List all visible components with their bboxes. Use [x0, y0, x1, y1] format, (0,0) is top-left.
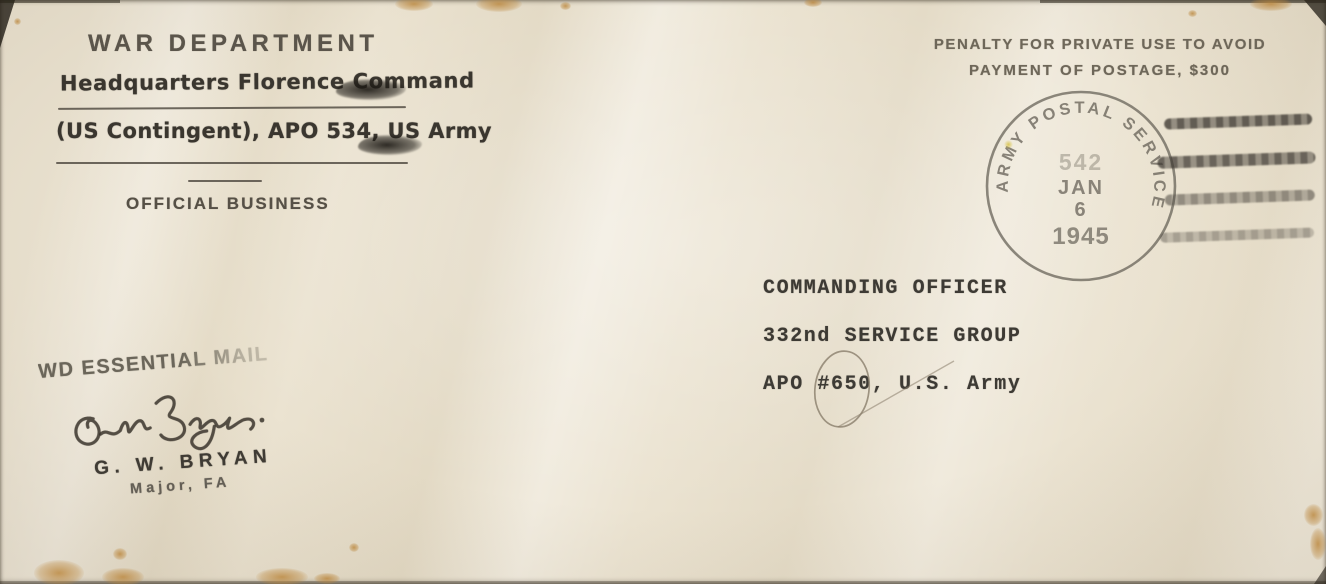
- killer-bar: [1165, 189, 1315, 205]
- pencil-annotation: [798, 344, 988, 449]
- official-business-label: OFFICIAL BUSINESS: [126, 194, 330, 214]
- ink-smudge: [358, 135, 422, 155]
- divider-rule: [58, 106, 406, 110]
- stain-spot: [1250, 0, 1292, 11]
- ink-smudge: [336, 79, 406, 100]
- killer-bar: [1164, 113, 1312, 129]
- postmark-year: 1945: [1052, 223, 1109, 250]
- stain-spot: [34, 560, 84, 584]
- cancellation-killer-bars: [1153, 97, 1326, 253]
- penalty-notice: PENALTY FOR PRIVATE USE TO AVOID PAYMENT…: [900, 36, 1300, 79]
- divider-rule-short: [188, 180, 262, 182]
- hq-florence-stamp-line: Headquarters Florence Command: [60, 69, 475, 96]
- scan-edge-top: [0, 0, 120, 3]
- signature-stroke: [75, 417, 100, 445]
- divider-rule: [56, 162, 408, 164]
- postmark-stamp: ARMY POSTAL SERVICE 542 JAN 6 1945: [981, 86, 1181, 286]
- stain-spot: [1188, 10, 1197, 17]
- signature-stroke: [100, 420, 151, 435]
- stain-spot: [14, 18, 21, 25]
- stain-spot: [256, 568, 308, 584]
- recipient-line-1: COMMANDING OFFICER: [763, 277, 1021, 300]
- stain-spot: [1004, 140, 1013, 149]
- stain-spot: [560, 2, 571, 10]
- killer-bar: [1157, 151, 1315, 169]
- stain-spot: [804, 0, 822, 7]
- scan-corner-top-right: [1304, 0, 1326, 26]
- apo-534-stamp-line: (US Contingent), APO 534, US Army: [56, 119, 492, 143]
- postmark-day: 6: [1074, 199, 1085, 221]
- penalty-line-1: PENALTY FOR PRIVATE USE TO AVOID: [900, 36, 1300, 53]
- signer-title-stamp: Major, FA: [130, 475, 231, 498]
- scanned-envelope-page: WAR DEPARTMENT Headquarters Florence Com…: [0, 0, 1326, 584]
- postmark-unit-number: 542: [1059, 149, 1103, 175]
- scan-corner-top-left: [0, 0, 15, 48]
- stain-spot: [102, 568, 144, 584]
- penalty-line-2: PAYMENT OF POSTAGE, $300: [900, 62, 1300, 79]
- stain-spot: [395, 0, 433, 11]
- pencil-slash: [838, 361, 954, 427]
- stain-spot: [113, 548, 127, 560]
- stain-spot: [349, 543, 359, 552]
- signature-stroke: [191, 426, 217, 449]
- war-department-title: WAR DEPARTMENT: [88, 30, 379, 58]
- signature-stroke: [156, 396, 186, 441]
- stain-spot: [1310, 528, 1326, 560]
- stain-spot: [476, 0, 522, 12]
- signature-dot: [259, 417, 264, 422]
- stain-spot: [1304, 504, 1323, 526]
- killer-bar: [1160, 227, 1314, 242]
- pencil-oval: [811, 348, 874, 430]
- postmark-month: JAN: [1058, 177, 1104, 199]
- stain-spot: [314, 573, 340, 584]
- envelope: WAR DEPARTMENT Headquarters Florence Com…: [0, 0, 1326, 584]
